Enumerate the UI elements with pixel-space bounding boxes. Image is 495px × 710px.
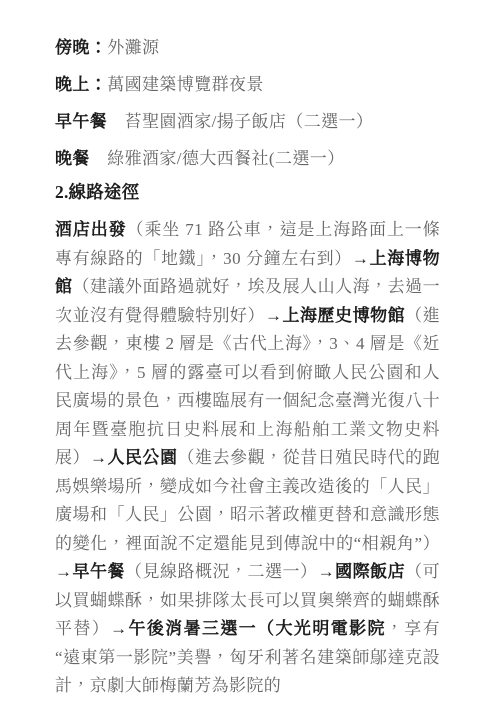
document-page: 傍晚：外灘源 晚上：萬國建築博覽群夜景 早午餐 苔聖園酒家/揚子飯店（二選一） … (0, 0, 495, 710)
route-stop-bold-text: →早午餐 (55, 562, 125, 581)
schedule-item-label: 晚餐 (55, 149, 90, 168)
schedule-list: 傍晚：外灘源 晚上：萬國建築博覽群夜景 早午餐 苔聖園酒家/揚子飯店（二選一） … (55, 34, 440, 173)
schedule-item-label: 傍晚： (55, 38, 107, 57)
section-heading: 2.線路途徑 (55, 178, 440, 206)
schedule-item-evening: 傍晚：外灘源 (55, 34, 440, 62)
schedule-item-text: 綠雅酒家/德大西餐社(二選一） (90, 149, 345, 168)
route-paragraph: 酒店出發（乘坐 71 路公車，這是上海路面上一條專有線路的「地鐵」，30 分鐘左… (55, 216, 440, 701)
schedule-item-dinner: 晚餐 綠雅酒家/德大西餐社(二選一） (55, 145, 440, 173)
route-note-text: （進去參觀，東樓 2 層是《古代上海》，3、4 層是《近代上海》，5 層的露臺可… (55, 306, 440, 468)
schedule-item-night: 晚上：萬國建築博覽群夜景 (55, 71, 440, 99)
schedule-item-brunch: 早午餐 苔聖園酒家/揚子飯店（二選一） (55, 108, 440, 136)
route-stop-bold-text: 酒店出發 (55, 220, 126, 239)
schedule-item-text: 萬國建築博覽群夜景 (107, 75, 264, 94)
route-note-text: （見線路概況，二選一） (125, 562, 318, 581)
schedule-item-text: 外灘源 (107, 38, 159, 57)
route-stop-bold-text: →國際飯店 (318, 562, 406, 581)
schedule-item-label: 晚上： (55, 75, 107, 94)
schedule-item-label: 早午餐 (55, 112, 107, 131)
route-stop-bold-text: →午後消暑三選一（大光明電影院 (110, 619, 386, 638)
route-stop-bold-text: →上海歷史博物館 (265, 306, 405, 325)
route-stop-bold-text: →人民公園 (90, 448, 178, 467)
schedule-item-text: 苔聖園酒家/揚子飯店（二選一） (107, 112, 373, 131)
